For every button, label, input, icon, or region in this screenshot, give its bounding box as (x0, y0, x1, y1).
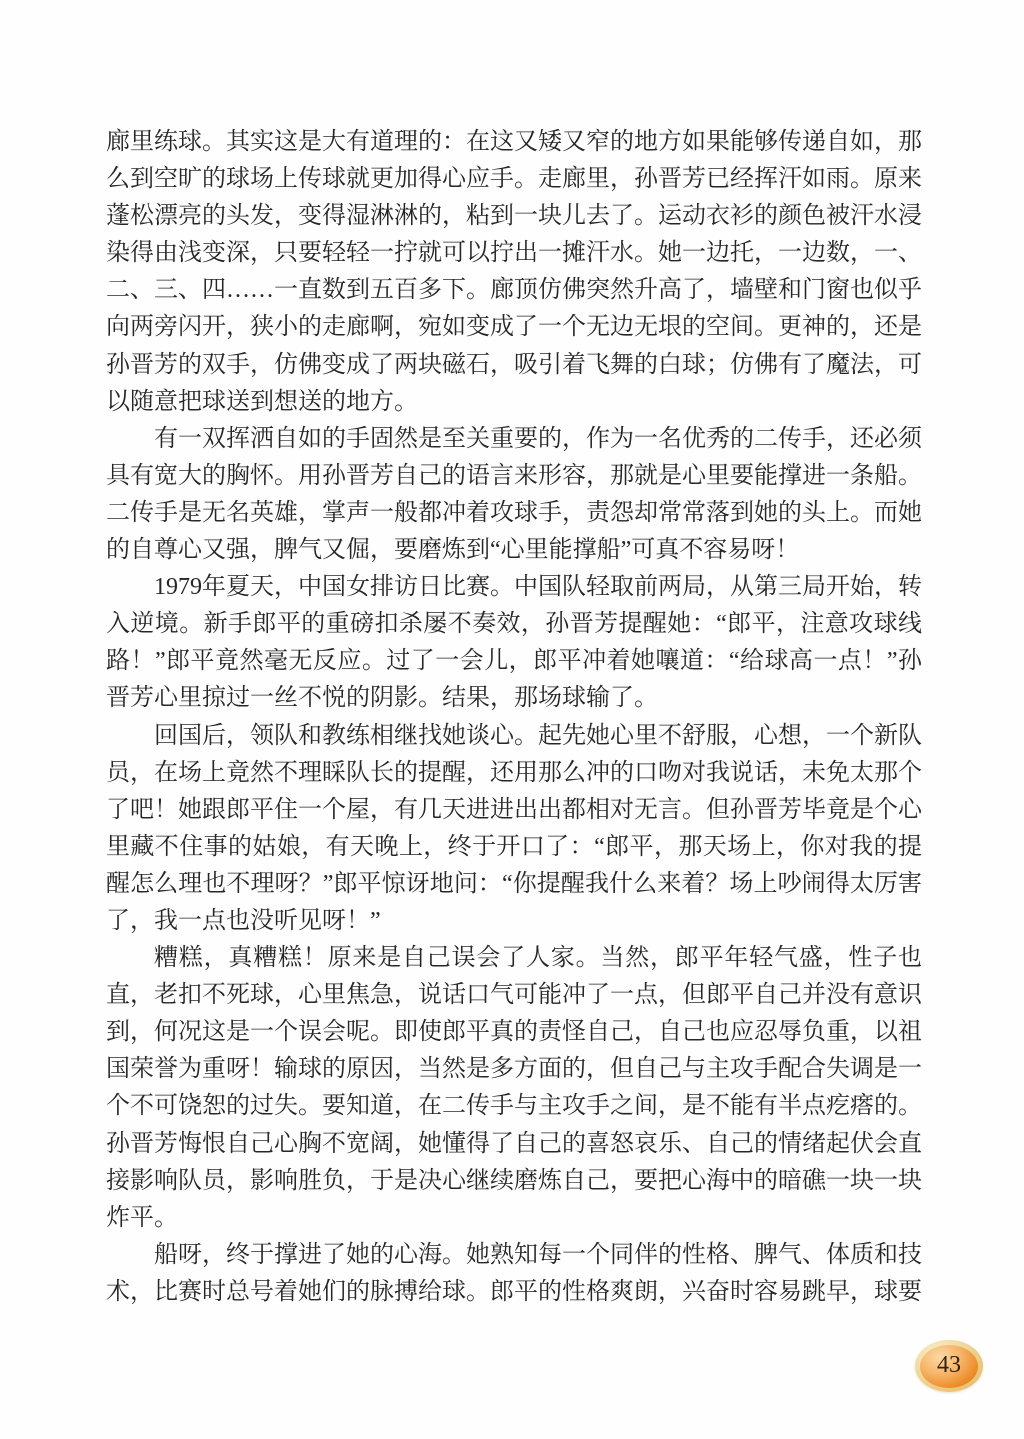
textbook-page: 廊里练球。其实这是大有道理的：在这又矮又窄的地方如果能够传递自如，那么到空旷的球… (0, 0, 1024, 1439)
body-paragraph-3: 1979年夏天，中国女排访日比赛。中国队轻取前两局，从第三局开始，转入逆境。新手… (106, 569, 922, 717)
page-number-badge-inner: 43 (920, 1345, 978, 1388)
page-number: 43 (937, 1353, 961, 1377)
body-paragraph-2: 有一双挥洒自如的手固然是至关重要的，作为一名优秀的二传手，还必须具有宽大的胸怀。… (106, 421, 922, 569)
body-paragraph-6: 船呀，终于撑进了她的心海。她熟知每一个同伴的性格、脾气、体质和技术，比赛时总号着… (106, 1237, 922, 1311)
page-number-badge: 43 (915, 1340, 983, 1392)
body-paragraph-4: 回国后，领队和教练相继找她谈心。起先她心里不舒服，心想，一个新队员，在场上竟然不… (106, 718, 922, 941)
body-paragraph-5: 糟糕，真糟糕！原来是自己误会了人家。当然，郎平年轻气盛，性子也直，老扣不死球，心… (106, 940, 922, 1237)
body-paragraph-1: 廊里练球。其实这是大有道理的：在这又矮又窄的地方如果能够传递自如，那么到空旷的球… (106, 124, 922, 421)
article-text-column: 廊里练球。其实这是大有道理的：在这又矮又窄的地方如果能够传递自如，那么到空旷的球… (106, 124, 922, 1311)
